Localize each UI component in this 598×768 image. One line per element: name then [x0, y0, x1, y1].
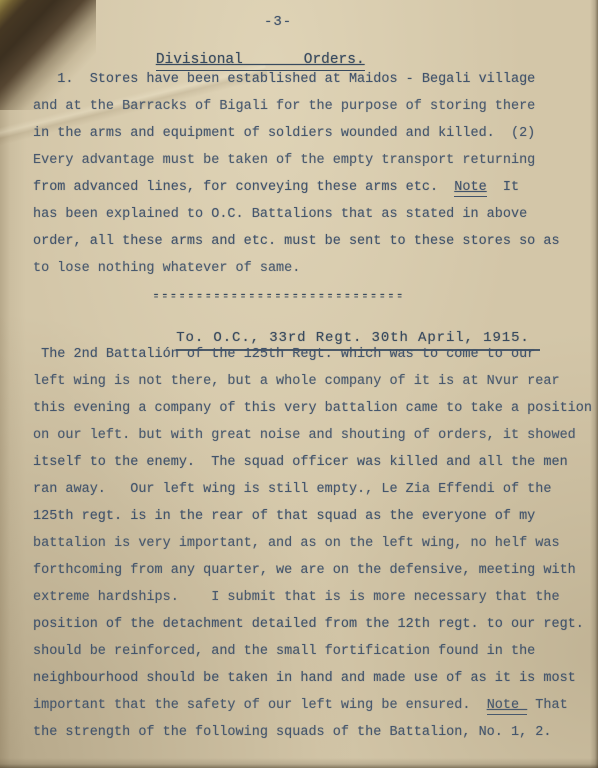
document-line: in the arms and equipment of soldiers wo…: [33, 120, 598, 147]
document-line: position of the detachment detailed from…: [33, 611, 598, 638]
document-line: left wing is not there, but a whole comp…: [33, 368, 598, 395]
underlined-word: Note: [454, 180, 486, 197]
document-line: on our left. but with great noise and sh…: [33, 422, 598, 449]
document-line: neighbourhood should be taken in hand an…: [33, 665, 598, 692]
document-line: this evening a company of this very batt…: [33, 395, 598, 422]
document-line: battalion is very important, and as on t…: [33, 530, 598, 557]
document-line: Every advantage must be taken of the emp…: [33, 147, 598, 174]
document-line: 1. Stores have been established at Maido…: [33, 66, 598, 93]
document-line: The 2nd Battalión of the 125th Regt. whi…: [33, 341, 598, 368]
dashed-separator: -----------------------------: [152, 288, 404, 303]
document-line: extreme hardships. I submit that is is m…: [33, 584, 598, 611]
document-line: order, all these arms and etc. must be s…: [33, 228, 598, 255]
scan-edge-right: [590, 0, 598, 768]
document-line: from advanced lines, for conveying these…: [33, 174, 598, 201]
paragraph-battalion-report: The 2nd Battalión of the 125th Regt. whi…: [33, 341, 598, 746]
scanned-document-page: -3- Divisional Orders. 1. Stores have be…: [0, 0, 598, 768]
document-line: ran away. Our left wing is still empty.,…: [33, 476, 598, 503]
document-line: and at the Barracks of Bigali for the pu…: [33, 93, 598, 120]
document-line: itself to the enemy. The squad officer w…: [33, 449, 598, 476]
document-line: forthcoming from any quarter, we are on …: [33, 557, 598, 584]
document-line: 125th regt. is in the rear of that squad…: [33, 503, 598, 530]
document-line: the strength of the following squads of …: [33, 719, 598, 746]
document-line: has been explained to O.C. Battalions th…: [33, 201, 598, 228]
paragraph-stores-order: 1. Stores have been established at Maido…: [33, 66, 598, 282]
page-number: -3-: [264, 14, 292, 30]
document-line: important that the safety of our left wi…: [33, 692, 598, 719]
document-line: should be reinforced, and the small fort…: [33, 638, 598, 665]
document-line: to lose nothing whatever of same.: [33, 255, 598, 282]
scan-edge-bottom: [0, 758, 598, 768]
underlined-word: Note: [487, 698, 528, 715]
